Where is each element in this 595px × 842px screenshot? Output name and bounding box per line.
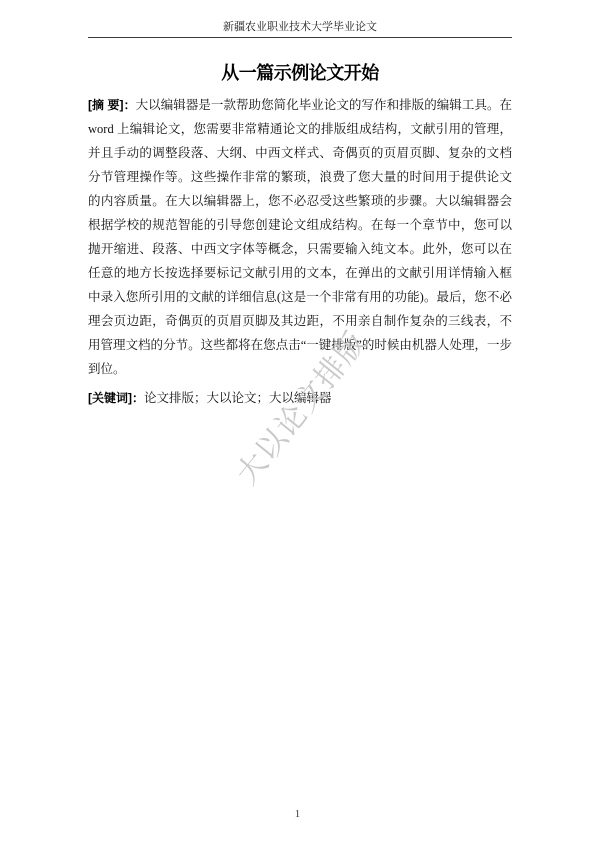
abstract-paragraph: [摘 要]：大以编辑器是一款帮助您简化毕业论文的写作和排版的编辑工具。在 wor… xyxy=(88,93,512,381)
page-number: 1 xyxy=(0,809,595,820)
keywords-label: [关键词]： xyxy=(88,391,144,405)
header-text: 新疆农业职业技术大学毕业论文 xyxy=(223,21,377,33)
document-title: 从一篇示例论文开始 xyxy=(88,60,512,86)
keywords-paragraph: [关键词]：论文排版；大以论文；大以编辑器 xyxy=(88,386,512,410)
keywords-text: 论文排版；大以论文；大以编辑器 xyxy=(144,391,332,405)
document-page: 新疆农业职业技术大学毕业论文 从一篇示例论文开始 [摘 要]：大以编辑器是一款帮… xyxy=(0,0,595,842)
page-header: 新疆农业职业技术大学毕业论文 xyxy=(88,0,512,38)
abstract-label: [摘 要]： xyxy=(88,98,136,112)
abstract-text: 大以编辑器是一款帮助您简化毕业论文的写作和排版的编辑工具。在 word 上编辑论… xyxy=(88,98,512,376)
